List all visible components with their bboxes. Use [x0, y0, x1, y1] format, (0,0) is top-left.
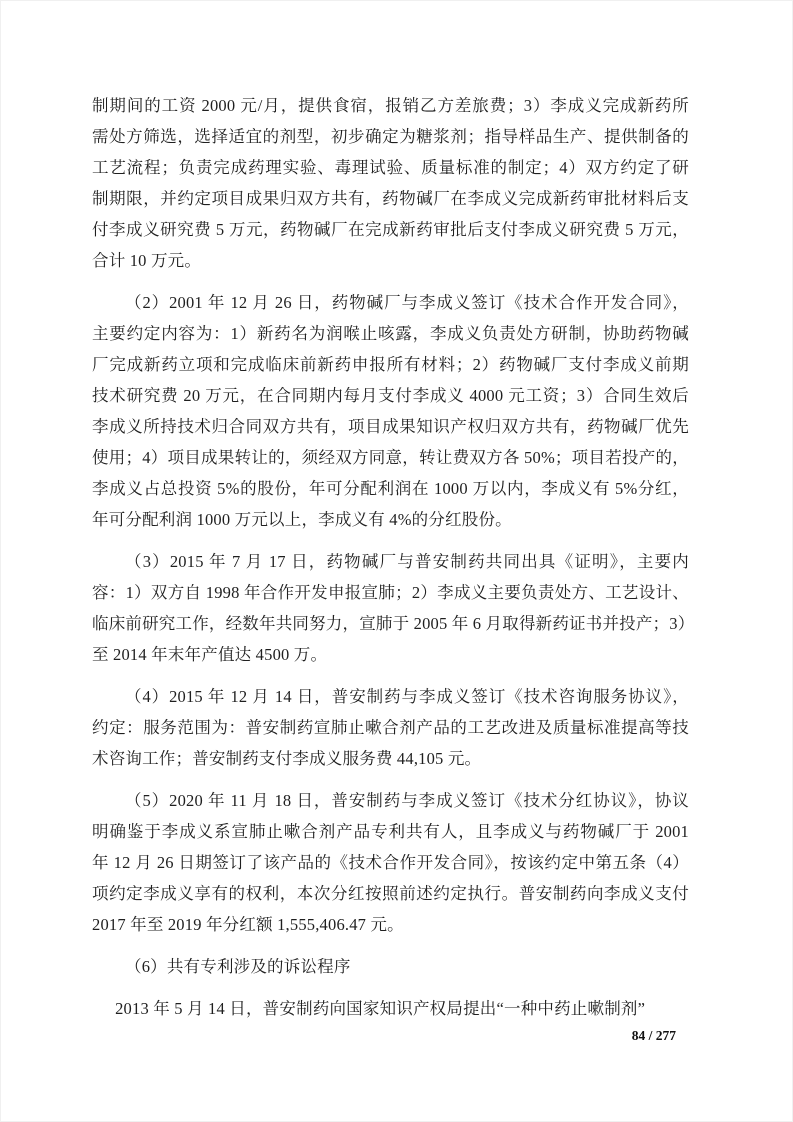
- paragraph: 制期间的工资 2000 元/月，提供食宿，报销乙方差旅费；3）李成义完成新药所需…: [92, 90, 689, 276]
- text-line: 项约定李成义享有的权利，本次分红按照前述约定执行。普安制药向李成义支付: [92, 878, 689, 909]
- text-line: 明确鉴于李成义系宣肺止嗽合剂产品专利共有人，且李成义与药物碱厂于 2001: [92, 816, 689, 847]
- text-line: 临床前研究工作，经数年共同努力，宣肺于 2005 年 6 月取得新药证书并投产；…: [92, 608, 689, 639]
- text-line: 制期限，并约定项目成果归双方共有，药物碱厂在李成义完成新药审批材料后支: [92, 183, 689, 214]
- text-line: 李成义占总投资 5%的股份，年可分配利润在 1000 万以内，李成义有 5%分红…: [92, 473, 689, 504]
- paragraph: （3）2015 年 7 月 17 日，药物碱厂与普安制药共同出具《证明》，主要内…: [92, 546, 689, 670]
- document-page: 制期间的工资 2000 元/月，提供食宿，报销乙方差旅费；3）李成义完成新药所需…: [0, 0, 793, 1122]
- text-line: 约定：服务范围为：普安制药宣肺止嗽合剂产品的工艺改进及质量标准提高等技: [92, 712, 689, 743]
- text-line: 付李成义研究费 5 万元，药物碱厂在完成新药审批后支付李成义研究费 5 万元，: [92, 214, 689, 245]
- paragraph: （2）2001 年 12 月 26 日，药物碱厂与李成义签订《技术合作开发合同》…: [92, 287, 689, 535]
- text-line: （3）2015 年 7 月 17 日，药物碱厂与普安制药共同出具《证明》，主要内: [92, 546, 689, 577]
- text-line: （5）2020 年 11 月 18 日，普安制药与李成义签订《技术分红协议》，协…: [92, 785, 689, 816]
- text-line: 至 2014 年末年产值达 4500 万。: [92, 639, 689, 670]
- text-line: 工艺流程；负责完成药理实验、毒理试验、质量标准的制定；4）双方约定了研: [92, 152, 689, 183]
- text-line: 2017 年至 2019 年分红额 1,555,406.47 元。: [92, 909, 689, 940]
- text-line: 厂完成新药立项和完成临床前新药申报所有材料；2）药物碱厂支付李成义前期: [92, 349, 689, 380]
- page-number: 84 / 277: [632, 1028, 676, 1044]
- text-line: 李成义所持技术归合同双方共有，项目成果知识产权归双方共有，药物碱厂优先: [92, 411, 689, 442]
- text-line: 容：1）双方自 1998 年合作开发申报宣肺；2）李成义主要负责处方、工艺设计、: [92, 577, 689, 608]
- paragraph: 2013 年 5 月 14 日，普安制药向国家知识产权局提出“一种中药止嗽制剂”: [92, 993, 689, 1024]
- text-line: 合计 10 万元。: [92, 245, 689, 276]
- text-line: 主要约定内容为：1）新药名为润喉止咳露，李成义负责处方研制，协助药物碱: [92, 318, 689, 349]
- text-line: 术咨询工作；普安制药支付李成义服务费 44,105 元。: [92, 743, 689, 774]
- text-line: 技术研究费 20 万元，在合同期内每月支付李成义 4000 元工资；3）合同生效…: [92, 380, 689, 411]
- text-line: 需处方筛选，选择适宜的剂型，初步确定为糖浆剂；指导样品生产、提供制备的: [92, 121, 689, 152]
- text-line: 年可分配利润 1000 万元以上，李成义有 4%的分红股份。: [92, 504, 689, 535]
- paragraph: （5）2020 年 11 月 18 日，普安制药与李成义签订《技术分红协议》，协…: [92, 785, 689, 940]
- text-line: 年 12 月 26 日期签订了该产品的《技术合作开发合同》，按该约定中第五条（4…: [92, 847, 689, 878]
- text-line: （6）共有专利涉及的诉讼程序: [92, 951, 689, 982]
- text-line: （4）2015 年 12 月 14 日，普安制药与李成义签订《技术咨询服务协议》…: [92, 681, 689, 712]
- paragraph: （4）2015 年 12 月 14 日，普安制药与李成义签订《技术咨询服务协议》…: [92, 681, 689, 774]
- paragraph: （6）共有专利涉及的诉讼程序: [92, 951, 689, 982]
- document-body: 制期间的工资 2000 元/月，提供食宿，报销乙方差旅费；3）李成义完成新药所需…: [92, 90, 689, 1024]
- text-line: 2013 年 5 月 14 日，普安制药向国家知识产权局提出“一种中药止嗽制剂”: [92, 993, 689, 1024]
- text-line: 制期间的工资 2000 元/月，提供食宿，报销乙方差旅费；3）李成义完成新药所: [92, 90, 689, 121]
- text-line: （2）2001 年 12 月 26 日，药物碱厂与李成义签订《技术合作开发合同》…: [92, 287, 689, 318]
- text-line: 使用；4）项目成果转让的，须经双方同意，转让费双方各 50%；项目若投产的，: [92, 442, 689, 473]
